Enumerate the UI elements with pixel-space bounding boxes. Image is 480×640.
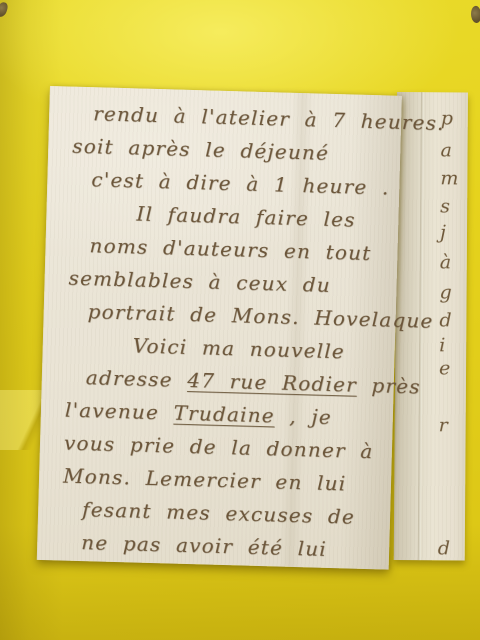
manuscript-fragment: g [440,281,453,303]
text-segment: Il faudra faire les [136,201,356,231]
text-segment: noms d'auteurs en tout [89,233,372,265]
letter-page: rendu à l'atelier à 7 heures.soit après … [37,86,402,570]
underlined-text-segment: Trudaine [173,401,275,428]
manuscript-fragment: à [440,251,452,273]
text-segment: ne pas avoir été lui [81,530,327,561]
text-segment: portrait de Mons. Hovelaque [87,299,433,333]
manuscript-fragment: s [440,195,451,217]
manuscript-fragment: d [438,537,451,559]
text-segment: vous prie de la donner à [64,431,374,464]
manuscript-fragment: i [439,334,446,356]
text-segment: adresse [86,365,188,392]
manuscript-fragment: d [439,309,452,331]
text-segment: semblables à ceux du [68,266,331,297]
manuscript-fragment: a [441,139,453,161]
text-segment: Voici ma nouvelle [132,333,345,363]
text-segment: soit après le déjeuné [72,134,329,165]
manuscript-fragment: m [440,167,459,189]
letter-lines: rendu à l'atelier à 7 heures.soit après … [37,96,402,568]
manuscript-fragment: e [439,357,451,379]
text-segment: , je [275,403,333,429]
text-segment: rendu à l'atelier à 7 heures. [93,101,445,135]
text-segment: près [357,373,421,399]
text-segment: Mons. Lemercier en lui [63,464,347,496]
manuscript-fragment: r [439,414,449,436]
backdrop-speck-right [470,5,480,23]
text-segment: fesant mes excuses de [82,497,355,529]
text-segment: l'avenue [65,398,174,425]
manuscript-fragment: j [440,221,447,243]
underlined-text-segment: 47 rue Rodier [187,368,357,397]
backdrop-speck-left [0,1,9,18]
letter-photo: pamsjàgdierd rendu à l'atelier à 7 heure… [0,0,480,640]
text-segment: c'est à dire à 1 heure . [91,167,390,199]
